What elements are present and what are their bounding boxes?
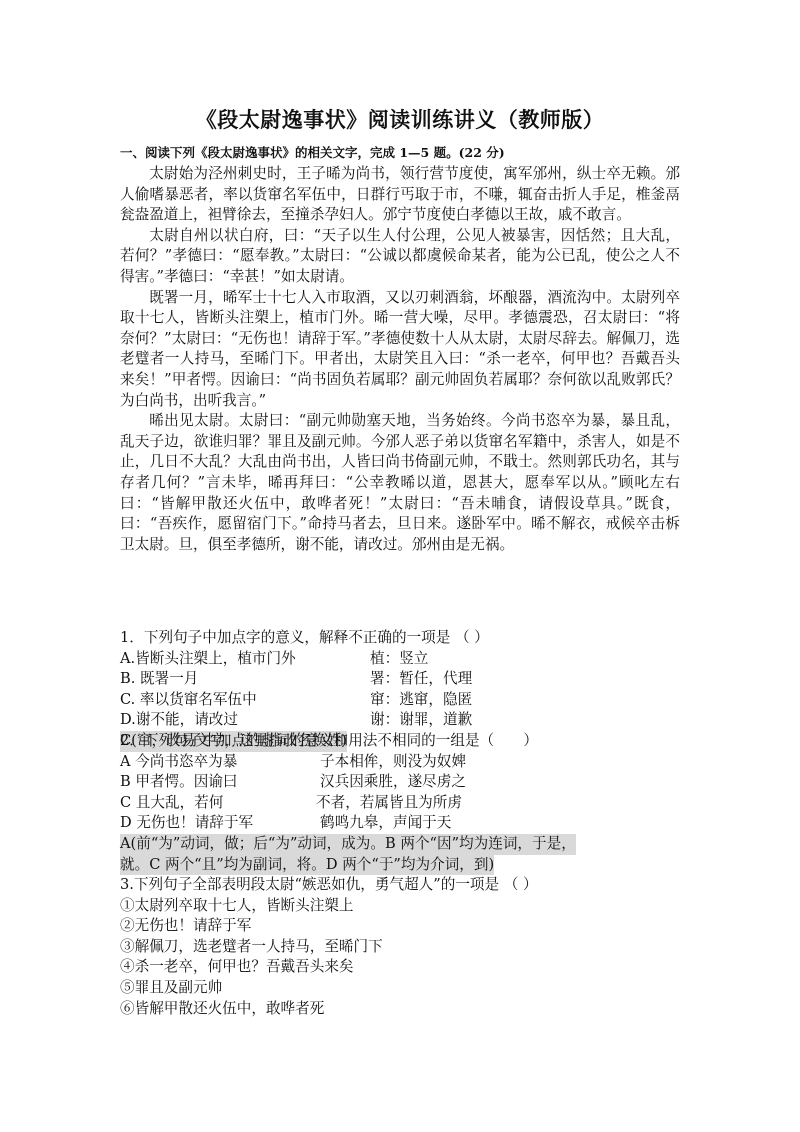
question-3: 3.下列句子全部表明段太尉“嫉恶如仇，勇气超人”的一项是 （ ） ①太尉列卒取十… bbox=[120, 875, 538, 1019]
question-stem: 3.下列句子全部表明段太尉“嫉恶如仇，勇气超人”的一项是 （ ） bbox=[120, 875, 538, 896]
statement-item: ⑤罪且及副元帅 bbox=[120, 978, 538, 999]
section-heading: 一、阅读下列《段太尉逸事状》的相关文字，完成 1—5 题。(22 分) bbox=[120, 143, 505, 161]
option-a: A.皆断头注槊上，植市门外植：竖立 bbox=[120, 649, 489, 670]
passage-paragraph: 晞出见太尉。太尉曰：“副元帅勋塞天地，当务始终。今尚书恣卒为暴，暴且乱，乱天子边… bbox=[120, 411, 680, 555]
statement-item: ⑥皆解甲散还火伍中，敢哗者死 bbox=[120, 999, 538, 1020]
statement-item: ②无伤也！请辞于军 bbox=[120, 916, 538, 937]
passage-paragraph: 太尉自州以状白府，曰：“天子以生人付公理，公见人被暴害，因恬然；且大乱，若何？”… bbox=[120, 226, 680, 288]
statement-item: ④杀一老卒，何甲也？吾戴吾头来矣 bbox=[120, 957, 538, 978]
passage: 太尉始为泾州刺史时，王子晞为尚书，领行营节度使，寓军邠州，纵士卒无赖。邠人偷嗜暴… bbox=[120, 164, 680, 555]
statement-item: ①太尉列卒取十七人，皆断头注槊上 bbox=[120, 896, 538, 917]
document-page: 《段太尉逸事状》阅读训练讲义（教师版） 一、阅读下列《段太尉逸事状》的相关文字，… bbox=[0, 0, 800, 1132]
option-b: B 甲者愕。因谕曰汉兵因乘胜，遂尽虏之 bbox=[120, 772, 576, 793]
statement-item: ③解佩刀，选老躄者一人持马，至晞门下 bbox=[120, 937, 538, 958]
question-2: 2．下列句子中加点的虚词的意义和用法不相同的一组是（ ） A 今尚书恣卒为暴子本… bbox=[120, 731, 576, 875]
page-title: 《段太尉逸事状》阅读训练讲义（教师版） bbox=[0, 104, 800, 134]
option-c: C 且大乱，若何不者，若属皆且为所虏 bbox=[120, 793, 576, 814]
option-a: A 今尚书恣卒为暴子本相侔，则没为奴婢 bbox=[120, 752, 576, 773]
option-d: D 无伤也！请辞于军鹤鸣九皋，声闻于天 bbox=[120, 813, 576, 834]
answer-highlight: A(前“为”动词，做；后“为”动词，成为。B 两个“因”均为连词，于是， bbox=[120, 834, 576, 855]
question-stem: 1．下列句子中加点字的意义，解释不正确的一项是 （ ） bbox=[120, 628, 489, 649]
question-stem: 2．下列句子中加点的虚词的意义和用法不相同的一组是（ ） bbox=[120, 731, 576, 752]
answer-highlight: 就。C 两个“且”均为副词，将。D 两个“于”均为介词，到) bbox=[120, 855, 494, 876]
passage-paragraph: 太尉始为泾州刺史时，王子晞为尚书，领行营节度使，寓军邠州，纵士卒无赖。邠人偷嗜暴… bbox=[120, 164, 680, 226]
passage-paragraph: 既署一月，晞军士十七人入市取酒，又以刃刺酒翁，坏酿器，酒流沟中。太尉列卒取十七人… bbox=[120, 288, 680, 412]
option-d: D.谢不能，请改过谢：谢罪，道歉 bbox=[120, 710, 489, 731]
option-c: C. 率以货窜名军伍中窜：逃窜，隐匿 bbox=[120, 690, 489, 711]
option-b: B. 既署一月署：暂任，代理 bbox=[120, 669, 489, 690]
